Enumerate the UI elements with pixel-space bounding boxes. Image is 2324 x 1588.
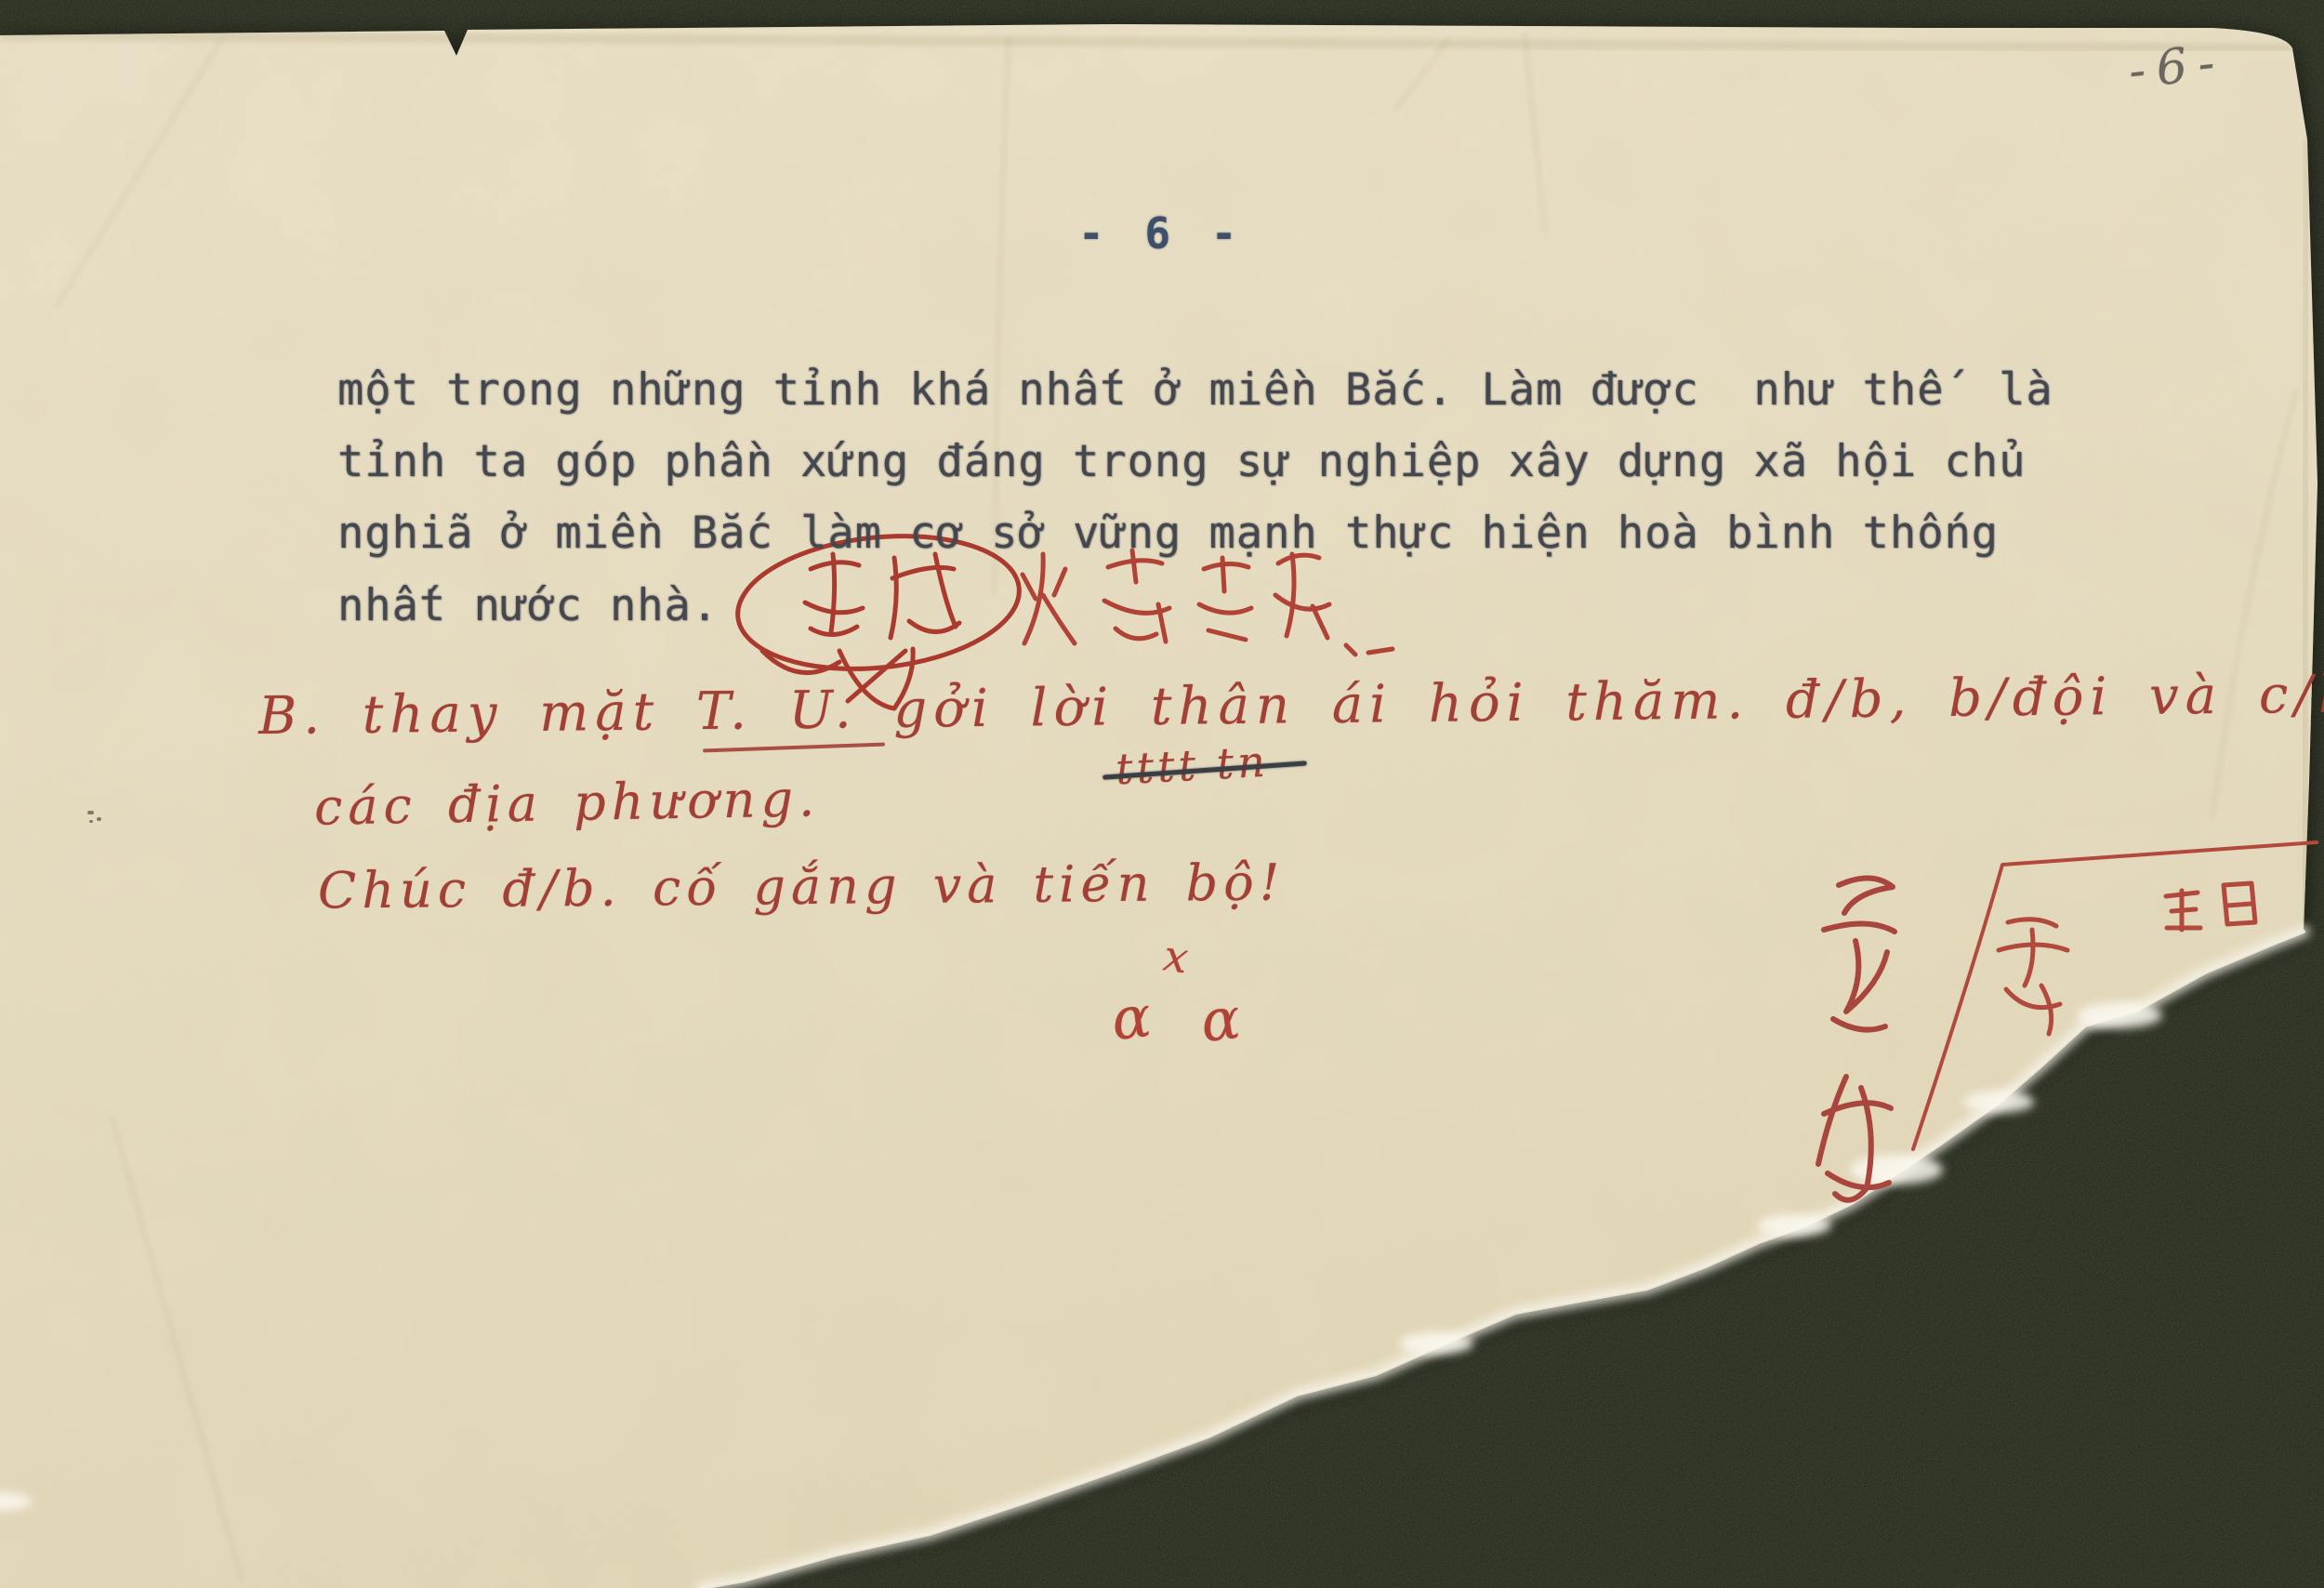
typed-line-4: nhất nước nhà. [337,580,719,631]
red-alpha-mark-right: α [1197,984,1243,1055]
red-alpha-mark-left: α [1108,982,1154,1053]
handwritten-line-2: các địa phương. [313,769,820,836]
typed-line-2: tỉnh ta góp phần xứng đáng trong sự nghi… [337,436,2026,487]
handwritten-line-3: Chúc đ/b. cố gắng và tiến bộ! [318,853,1286,920]
page-number-typed: - 6 - [1078,208,1244,258]
typed-line-3: nghiã ở miền Bắc làm cơ sở vững mạnh thự… [337,508,1999,559]
scanned-document-page: -6- - 6 - một trong những tỉnh khá nhất … [0,0,2324,1588]
page-number-pencil: -6- [2126,34,2228,100]
typed-line-1: một trong những tỉnh khá nhất ở miền Bắc… [337,364,2053,416]
